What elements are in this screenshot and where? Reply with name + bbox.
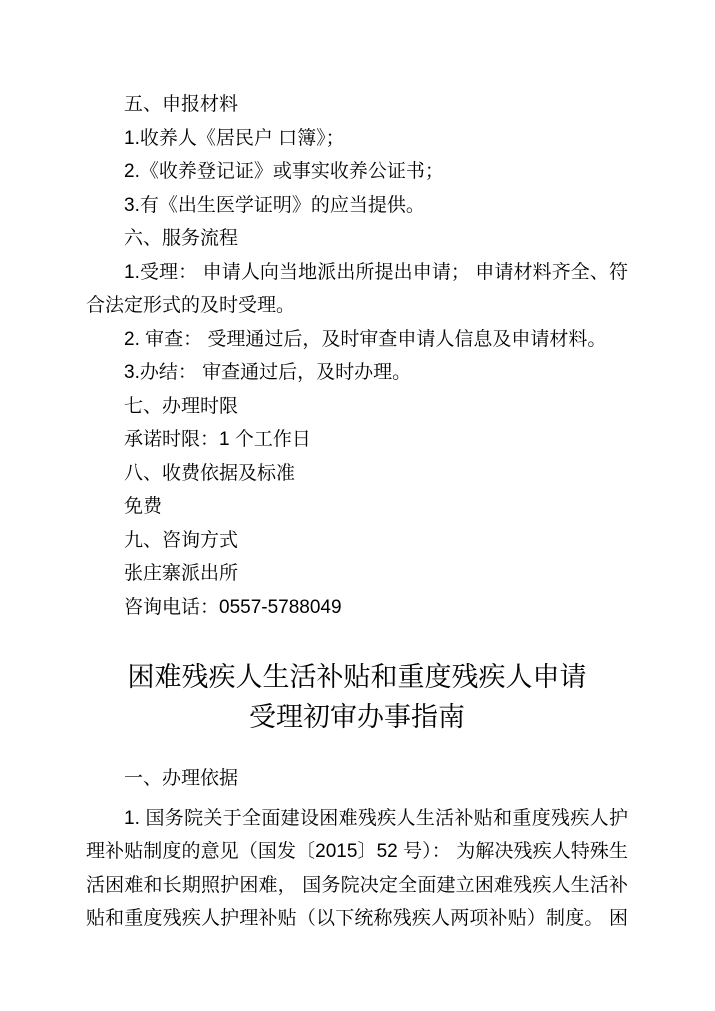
contact-office: 张庄寨派出所	[86, 557, 628, 591]
heading-6-process: 六、服务流程	[86, 222, 628, 256]
document-title: 困难残疾人生活补贴和重度残疾人申请 受理初审办事指南	[86, 657, 628, 737]
heading-9-contact: 九、咨询方式	[86, 524, 628, 558]
heading-7-time-limit: 七、办理时限	[86, 390, 628, 424]
fee-value: 免费	[86, 490, 628, 524]
process-step-2: 2. 审查： 受理通过后，及时审查申请人信息及申请材料。	[86, 323, 628, 357]
document-page: 五、申报材料 1.收养人《居民户 口簿》； 2.《收养登记证》或事实收养公证书；…	[0, 0, 715, 1011]
basis-paragraph-line-3: 活困难和长期照护困难， 国务院决定全面建立困难残疾人生活补	[86, 869, 628, 903]
contact-phone: 咨询电话：0557-5788049	[86, 591, 628, 625]
material-item-1: 1.收养人《居民户 口簿》；	[86, 122, 628, 156]
document-content: 五、申报材料 1.收养人《居民户 口簿》； 2.《收养登记证》或事实收养公证书；…	[0, 0, 715, 936]
prev-guide-section: 五、申报材料 1.收养人《居民户 口簿》； 2.《收养登记证》或事实收养公证书；…	[86, 88, 628, 624]
process-step-1-line-1: 1.受理： 申请人向当地派出所提出申请； 申请材料齐全、符	[86, 256, 628, 290]
guide-basis-section: 一、办理依据 1. 国务院关于全面建设困难残疾人生活补贴和重度残疾人护 理补贴制…	[86, 762, 628, 936]
basis-paragraph-line-1: 1. 国务院关于全面建设困难残疾人生活补贴和重度残疾人护	[86, 802, 628, 836]
process-step-1-line-2: 合法定形式的及时受理。	[86, 289, 628, 323]
heading-1-basis: 一、办理依据	[86, 762, 628, 796]
material-item-3: 3.有《出生医学证明》的应当提供。	[86, 189, 628, 223]
process-step-3: 3.办结： 审查通过后，及时办理。	[86, 356, 628, 390]
document-title-line-1: 困难残疾人生活补贴和重度残疾人申请	[86, 657, 628, 697]
promised-time-limit: 承诺时限：1 个工作日	[86, 423, 628, 457]
heading-5-materials: 五、申报材料	[86, 88, 628, 122]
basis-paragraph-line-2: 理补贴制度的意见（国发〔2015〕52 号）： 为解决残疾人特殊生	[86, 835, 628, 869]
basis-paragraph-line-4: 贴和重度残疾人护理补贴（以下统称残疾人两项补贴）制度。 困	[86, 902, 628, 936]
document-title-line-2: 受理初审办事指南	[86, 697, 628, 737]
heading-8-fees: 八、收费依据及标准	[86, 457, 628, 491]
material-item-2: 2.《收养登记证》或事实收养公证书；	[86, 155, 628, 189]
